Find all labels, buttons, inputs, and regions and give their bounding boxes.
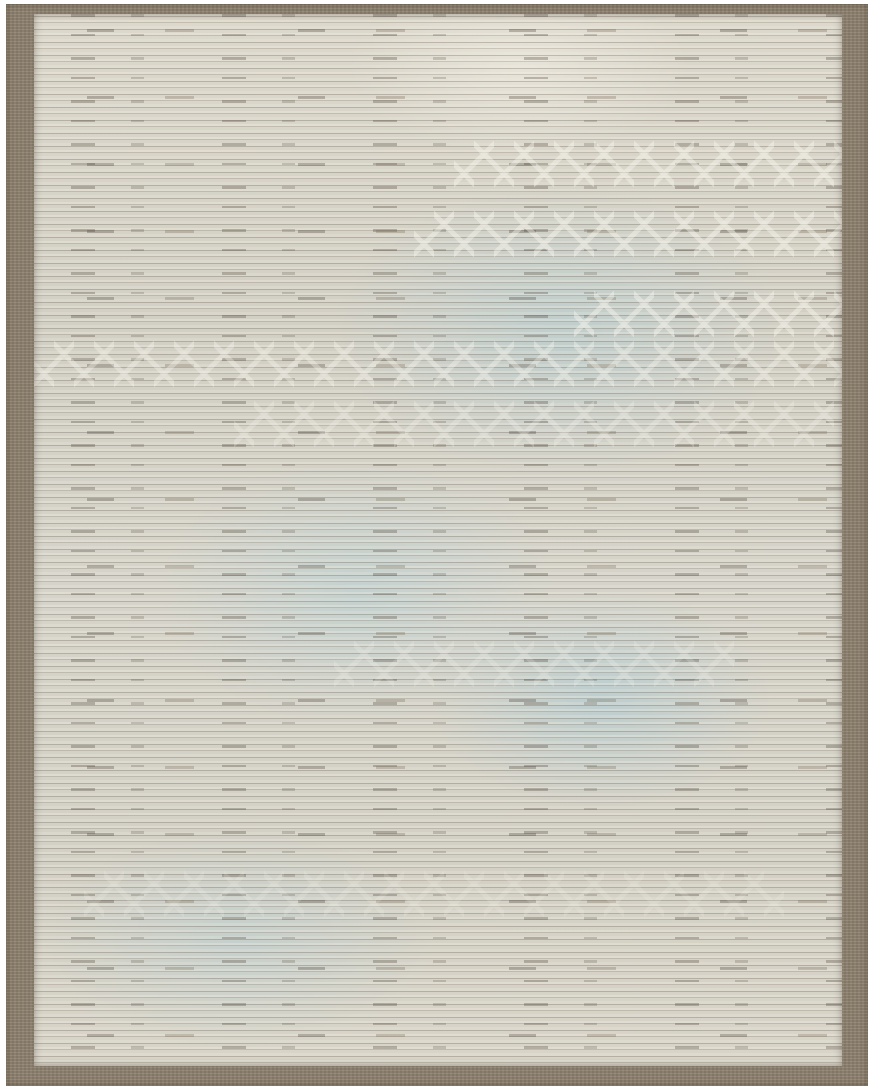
rug-field [34,14,842,1066]
field-edge-shadow [34,14,842,1066]
rug [6,4,868,1086]
